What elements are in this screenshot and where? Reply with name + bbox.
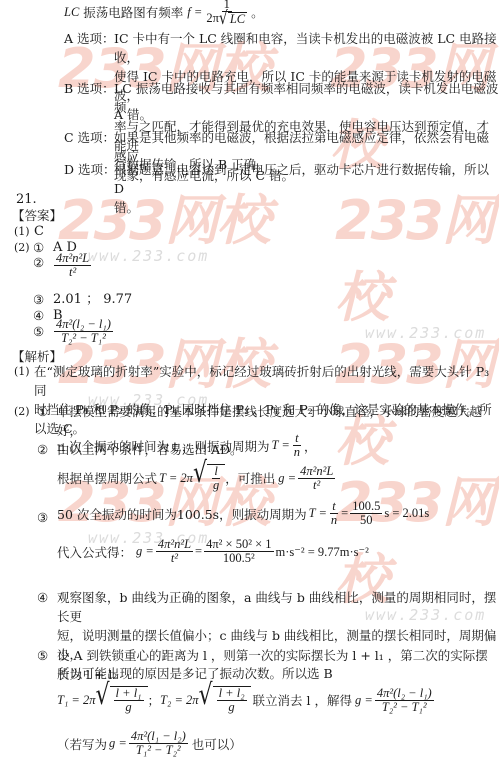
step5-equations: T₁ = 2π √l + l₁g ； T₂ = 2π √l + l₂g 联立消去… [57,686,436,714]
freq-intro-text: 振荡电路图有频率 [83,3,183,21]
step1-marker: ① [37,402,48,421]
step2-line1: n 次全振动的时间为 t ，则振动周期为 T = tn ， [57,432,317,459]
step5-alternative: （若写为 g = 4π²(l₁ − l₂)T₁² − T₂² 也可以） [57,730,242,757]
option-label: B 选项： [64,81,115,96]
option-label: C 选项： [64,130,115,145]
answer-item-2-fraction: 4π²n²Lt² [52,252,93,279]
step2-marker: ② [37,440,48,459]
option-d: D 选项： [64,160,116,179]
lc-frequency-line: LC 振荡电路图有频率 f = 1 2π√LC 。 [64,0,264,24]
step3-marker: ③ [37,508,48,527]
frequency-fraction: 1 2π√LC [204,0,249,26]
answer-part2-label: (2) [14,238,30,257]
freq-symbol: f = [187,5,202,20]
option-label: D 选项： [64,162,116,177]
answer-item-5-fraction: 4π²(l₂ − l₁)T₂² − T₁² [52,318,115,345]
analysis-part1-label: (1) [14,362,30,381]
step3-line1: 50 次全振动的时间为100.5s，则振动周期为 T = tn = 100.55… [57,500,429,527]
option-a: A 选项： [64,29,115,48]
step2-line2: 根据单摆周期公式 T = 2π √lg ，可推出 g = 4π²n²Lt² [57,464,337,492]
analysis-part2-label: (2) [14,402,30,421]
step5-line1: 设 A 到铁锁重心的距离为 l ，则第一次的实际摆长为 l + l₁ ，第二次的… [57,646,499,684]
option-c: C 选项： [64,128,115,147]
answer-item-5-marker: ⑤ [33,322,44,341]
lc-symbol: LC [64,5,79,20]
option-label: A 选项： [64,31,115,46]
answer-item-2-marker: ② [33,253,44,272]
step4-marker: ④ [37,588,48,607]
option-d-text: 根据题意，电容达到一定电压之后，驱动卡芯片进行数据传输，所以 D 错。 [114,160,499,217]
answer-item-3-value: 2.01 ； 9.77 [53,290,132,309]
step3-line2: 代入公式得： g = 4π²n²Lt² = 4π² × 50² × 1100.5… [57,538,369,565]
option-b: B 选项： [64,79,115,98]
step5-marker: ⑤ [37,646,48,665]
